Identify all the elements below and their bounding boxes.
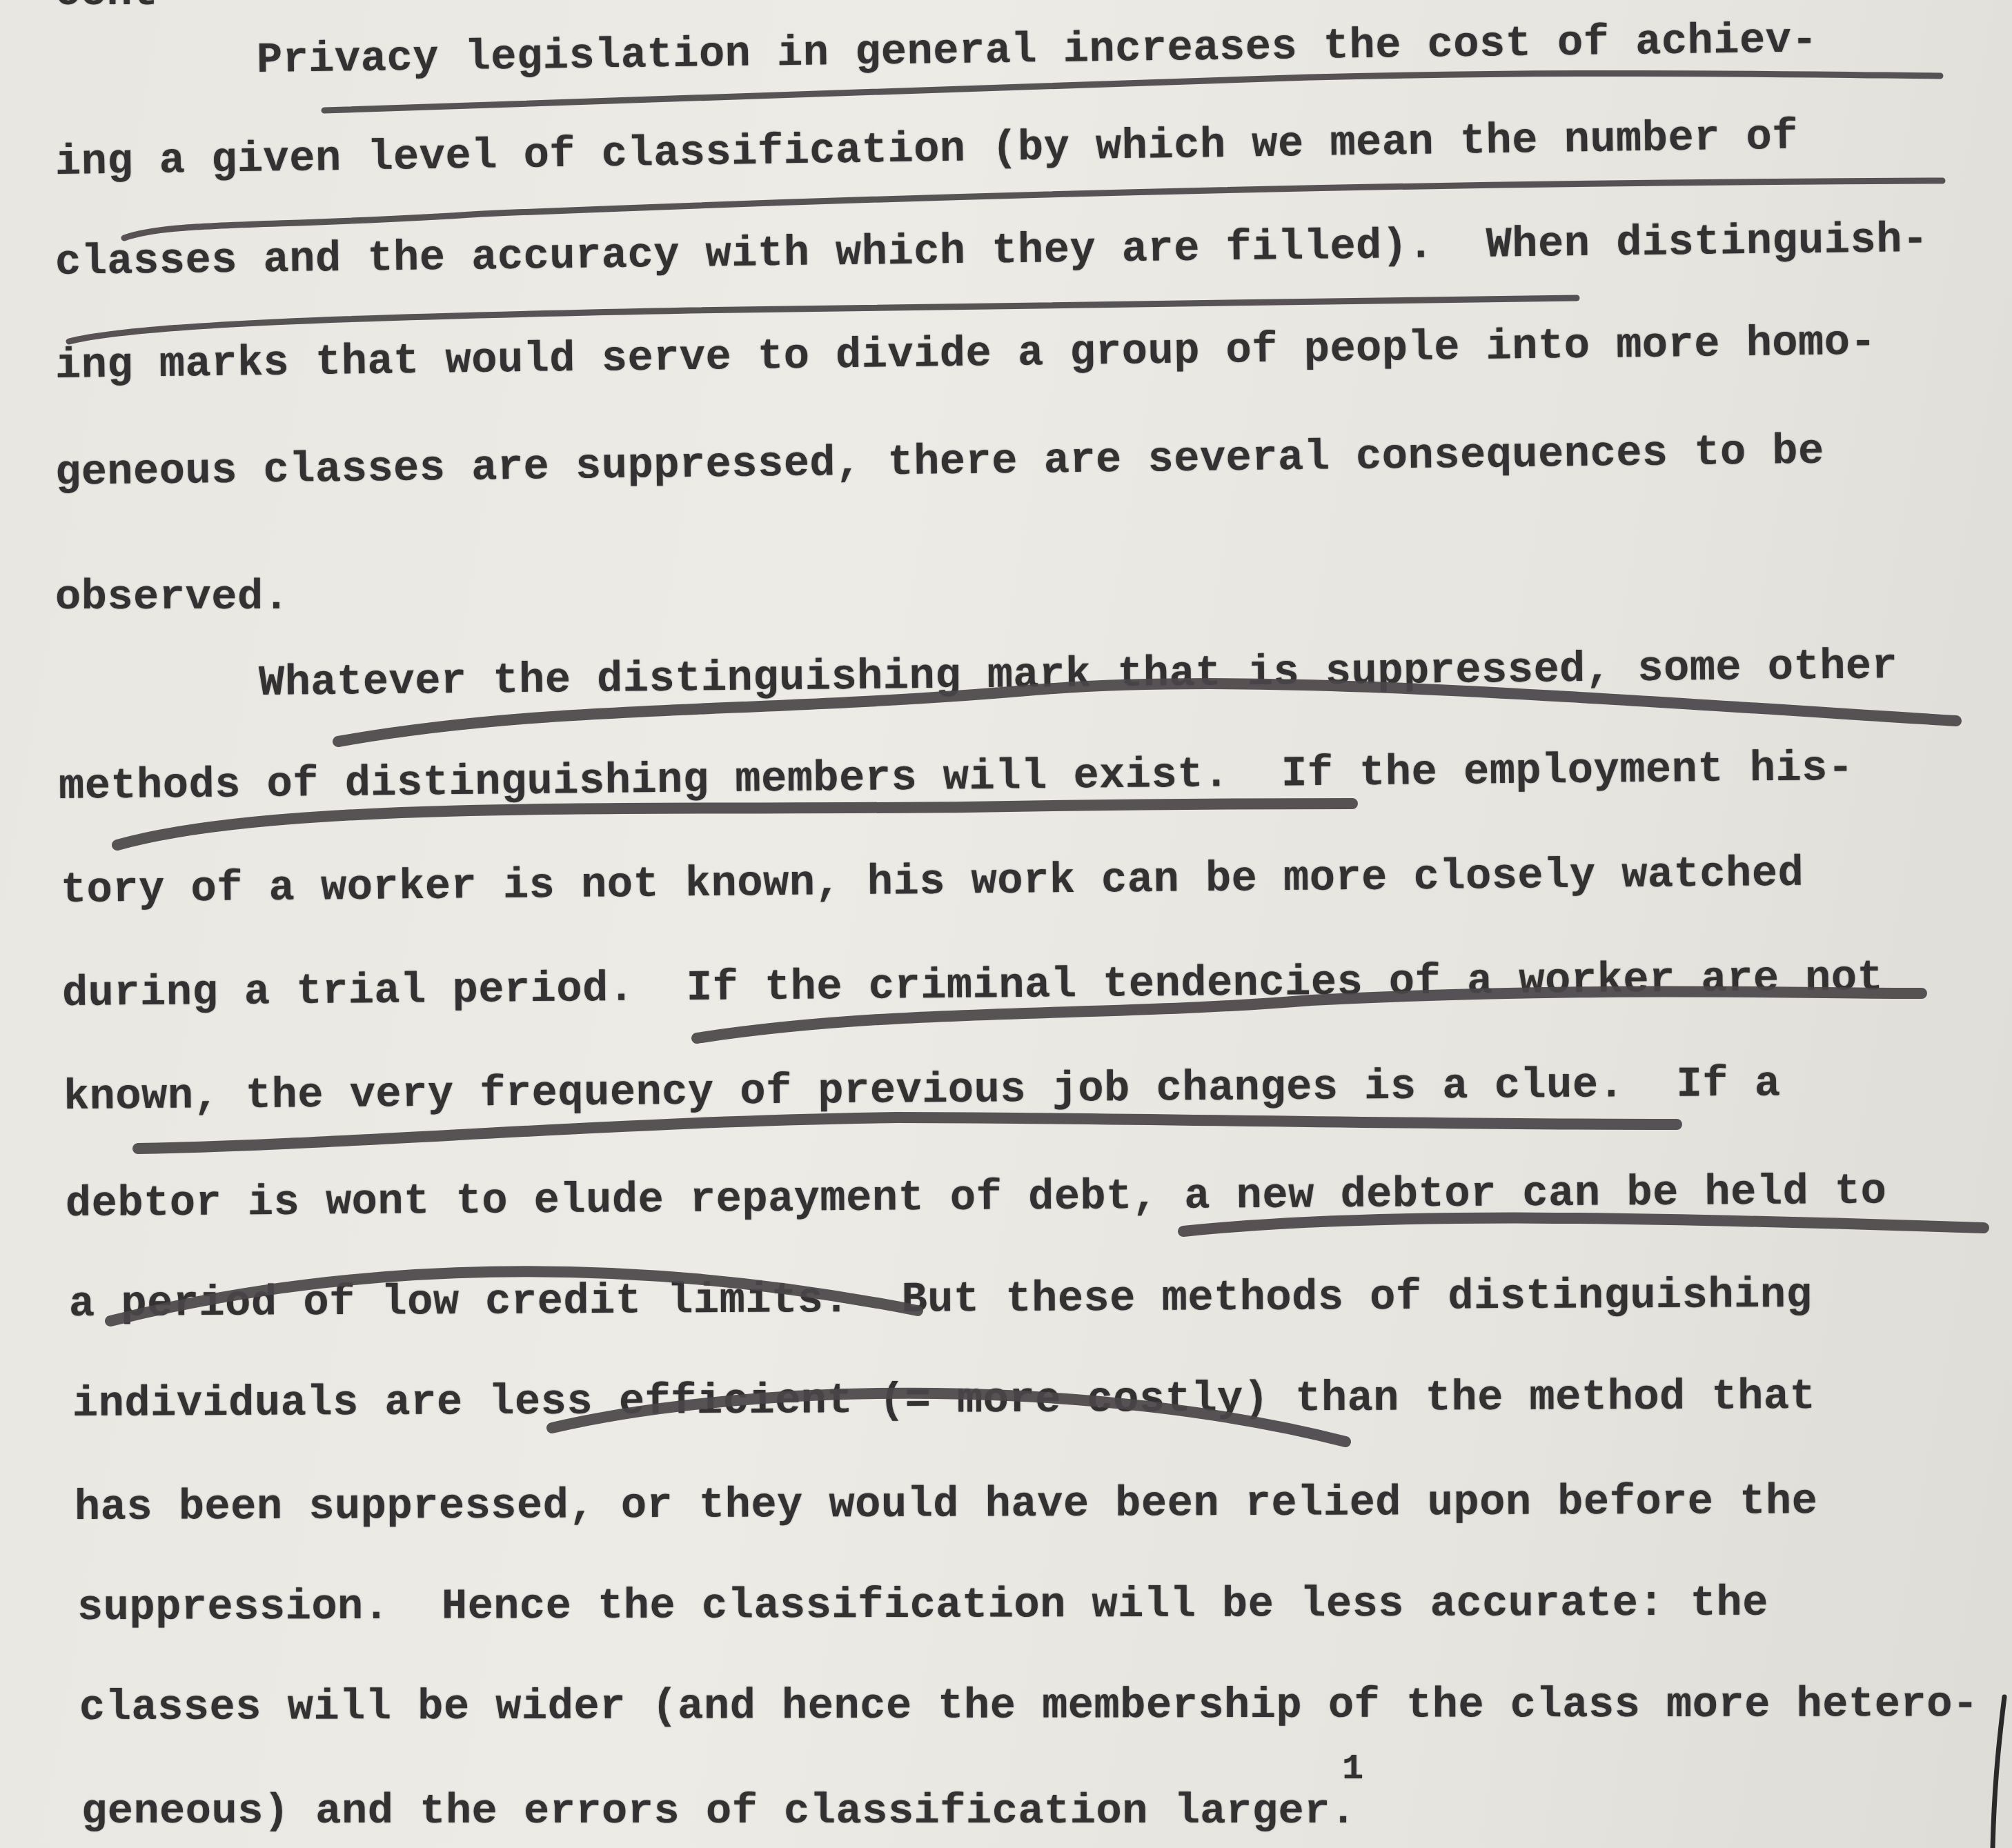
text-line: during a trial period. If the criminal t… [62,953,1884,1018]
text-line: ing marks that would serve to divide a g… [55,317,1877,390]
text-line: observed. [55,573,289,622]
typewritten-page: cont Privacy legislation in general incr… [0,0,2012,1848]
text-line: known, the very frequency of previous jo… [63,1059,1781,1122]
underline-mark [138,1117,1677,1149]
text-line: classes will be wider (and hence the mem… [79,1680,1979,1732]
text-line: Privacy legislation in general increases… [257,15,1818,85]
text-line: individuals are less efficient (= more c… [72,1372,1816,1429]
text-line: a period of low credit limits. But these… [69,1271,1813,1329]
text-line: classes and the accuracy with which they… [55,215,1929,287]
text-line: geneous classes are suppressed, there ar… [55,427,1825,497]
margin-bar-mark [1993,1697,2004,1848]
text-line: ing a given level of classification (by … [55,112,1798,187]
underline-mark [117,804,1352,845]
text-line: geneous) and the errors of classificatio… [81,1787,1357,1836]
footnote-marker: 1 [1342,1749,1363,1789]
underline-mark [1183,1218,1984,1231]
cut-off-previous-line: cont [55,0,158,17]
text-line: Whatever the distinguishing mark that is… [259,642,1898,708]
text-line: tory of a worker is not known, his work … [61,849,1804,915]
text-line: methods of distinguishing members will e… [59,744,1854,811]
text-line: debtor is wont to elude repayment of deb… [66,1167,1887,1229]
text-line: has been suppressed, or they would have … [75,1477,1818,1532]
text-line: suppression. Hence the classification wi… [77,1579,1768,1632]
